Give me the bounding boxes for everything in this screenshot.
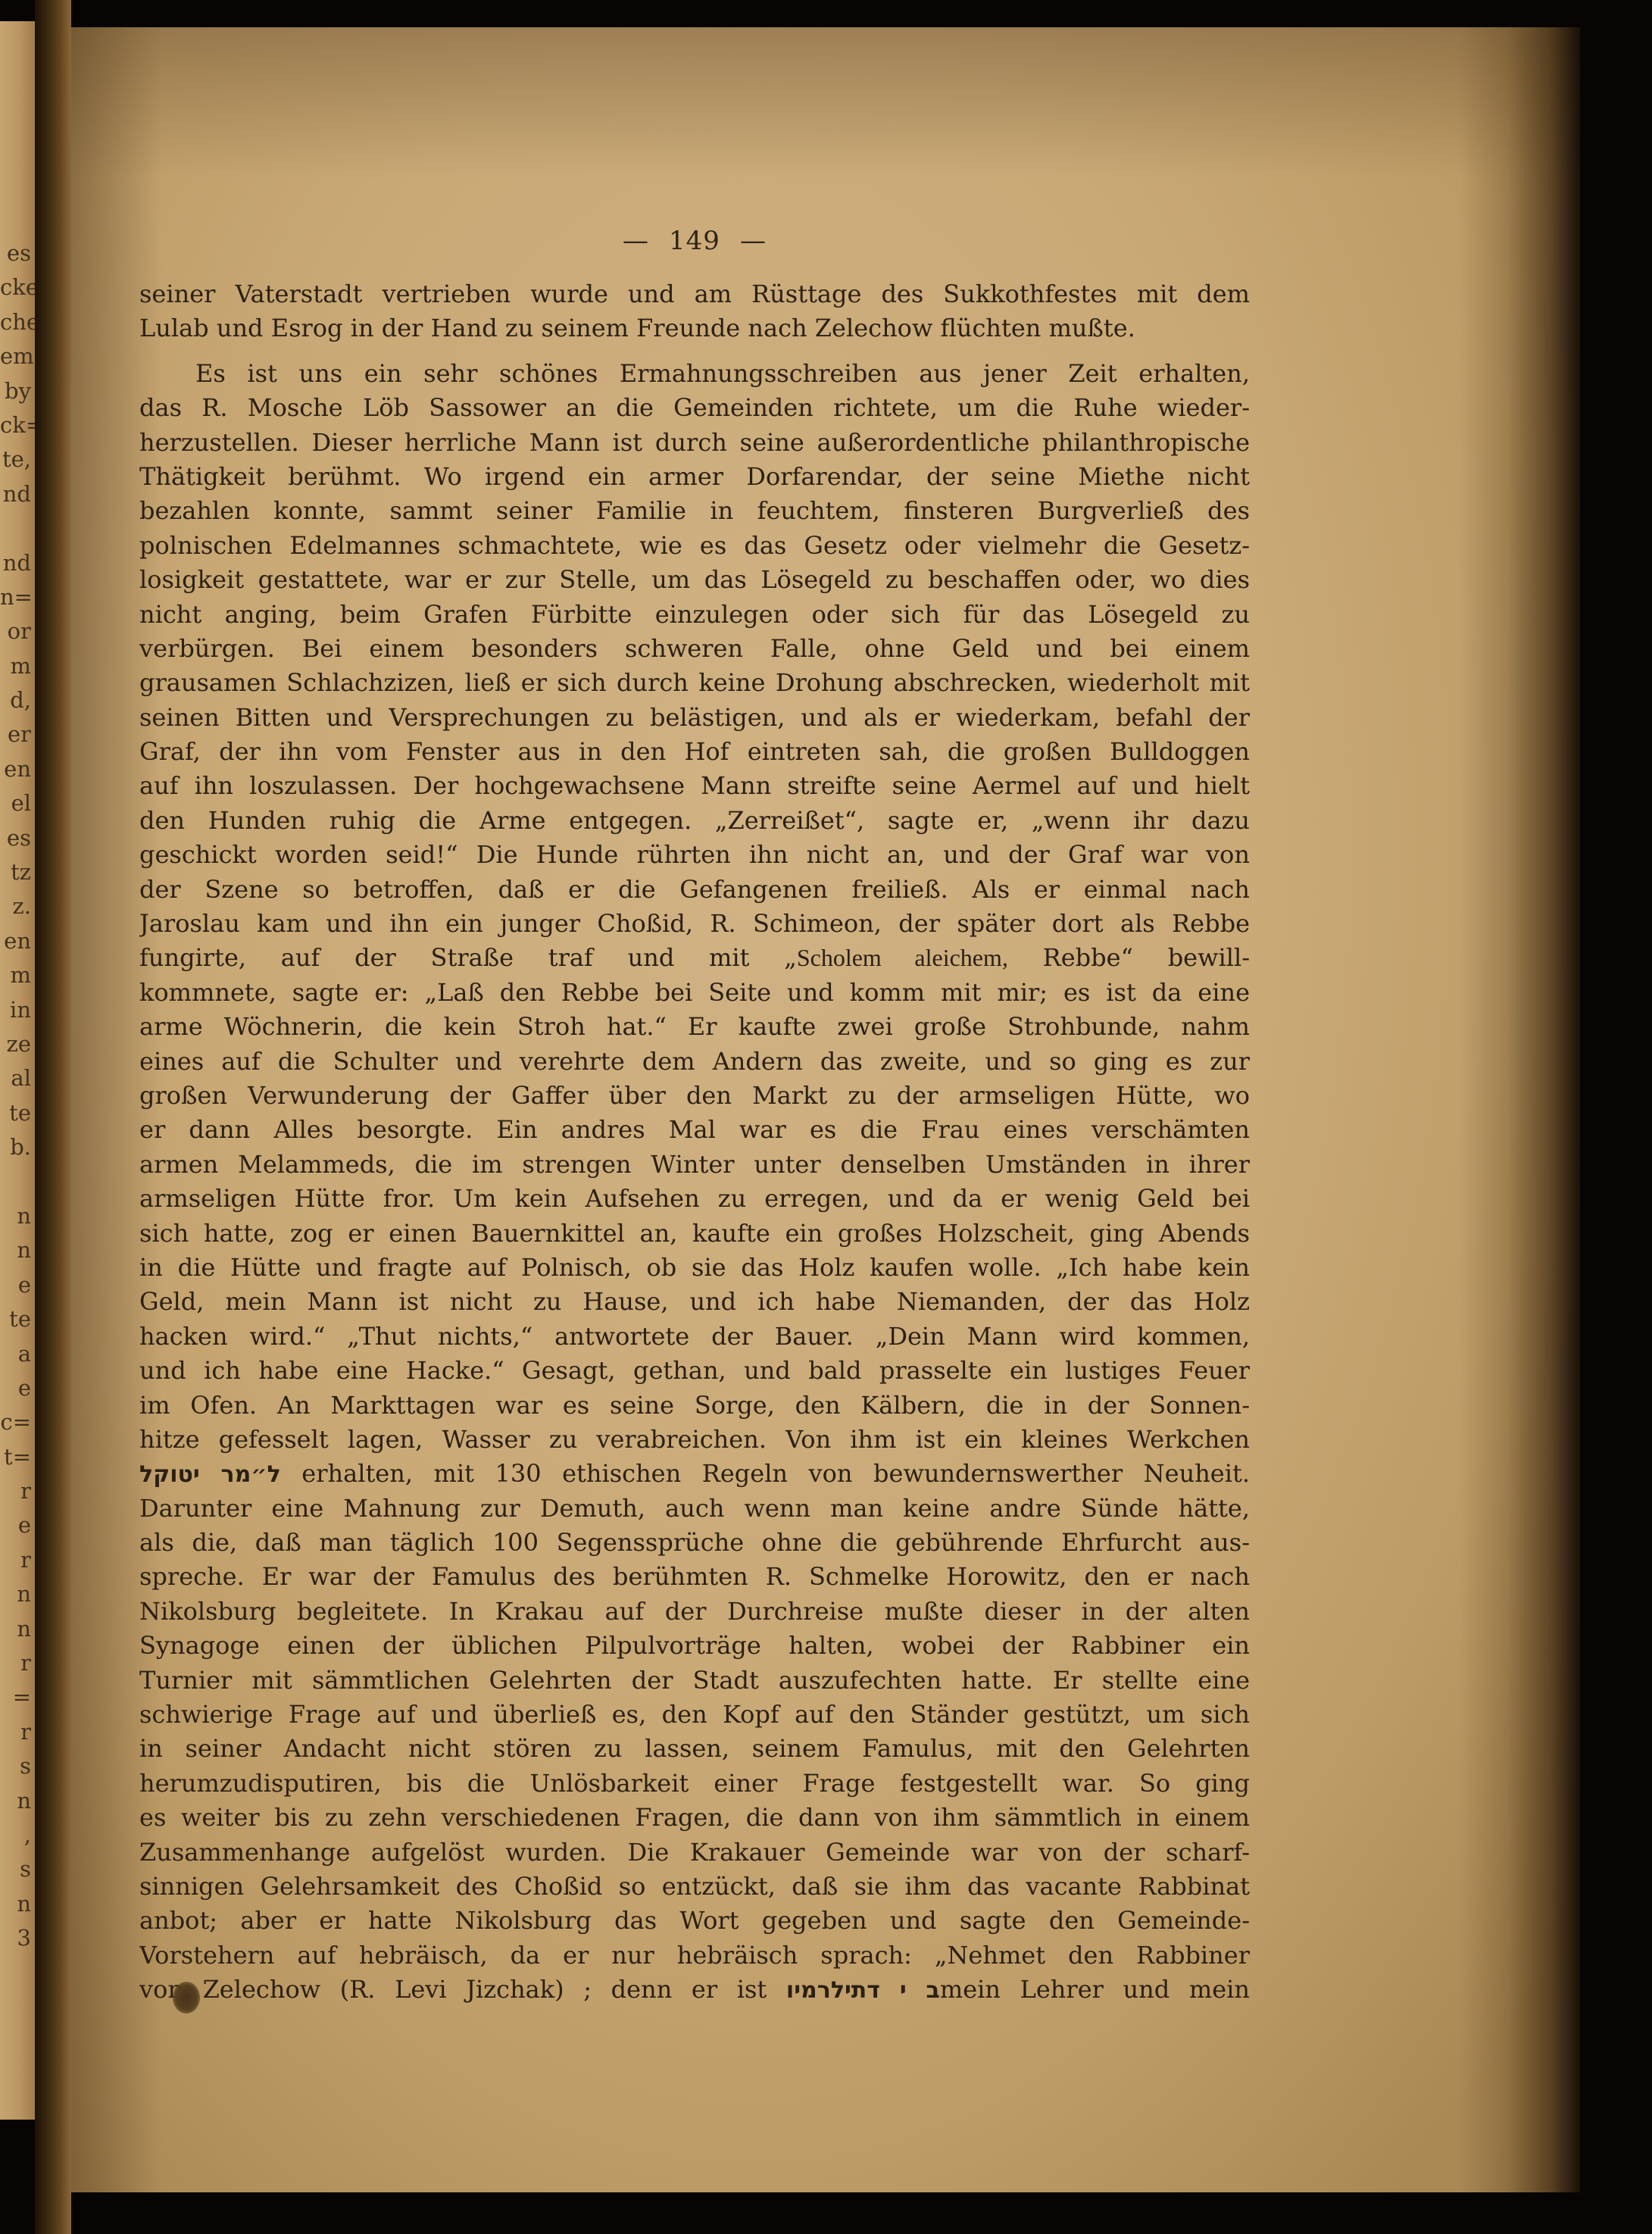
text-line: er dann Alles besorgte. Ein andres Mal w… bbox=[139, 1113, 1250, 1147]
left-page-fragment: al bbox=[0, 1061, 35, 1095]
text-segment: Rebbe“ bewill- bbox=[1008, 943, 1250, 972]
text-line: eines auf die Schulter und verehrte dem … bbox=[139, 1045, 1250, 1079]
text-segment: polnischen Edelmannes schmachtete, wie e… bbox=[139, 531, 1250, 560]
text-line: Thätigkeit berühmt. Wo irgend ein armer … bbox=[139, 460, 1250, 494]
left-page-fragment: es bbox=[0, 821, 35, 855]
left-page-fragment: r bbox=[0, 1543, 35, 1577]
text-line: bezahlen konnte, sammt seiner Familie in… bbox=[139, 494, 1250, 528]
text-segment: es weiter bis zu zehn verschiedenen Frag… bbox=[139, 1803, 1250, 1832]
left-page-fragment: tz bbox=[0, 855, 35, 889]
text-segment: spreche. Er war der Famulus des berühmte… bbox=[139, 1562, 1250, 1591]
left-page-fragment: s bbox=[0, 1852, 35, 1886]
text-line: Graf, der ihn vom Fenster aus in den Hof… bbox=[139, 735, 1250, 769]
text-segment: in die Hütte und fragte auf Polnisch, ob… bbox=[139, 1253, 1250, 1282]
left-page-fragment: e bbox=[0, 1508, 35, 1542]
book-gutter-shadow bbox=[35, 0, 71, 2234]
text-line: armseligen Hütte fror. Um kein Aufsehen … bbox=[139, 1182, 1250, 1216]
text-segment: armen Melammeds, die im strengen Winter … bbox=[139, 1150, 1250, 1179]
left-page-fragment: n bbox=[0, 1887, 35, 1921]
text-line: fungirte, auf der Straße traf und mit „S… bbox=[139, 941, 1250, 975]
text-segment: Geld, mein Mann ist nicht zu Hause, und … bbox=[139, 1287, 1250, 1316]
text-segment: Vorstehern auf hebräisch, da er nur hebr… bbox=[139, 1941, 1250, 1970]
left-page-fragment: che bbox=[0, 305, 35, 339]
text-segment: herzustellen. Dieser herrliche Mann ist … bbox=[139, 428, 1250, 457]
text-segment: das R. Mosche Löb Sassower an die Gemein… bbox=[139, 393, 1250, 422]
left-page-fragment: es bbox=[0, 236, 35, 270]
left-page-fragment: c= bbox=[0, 1405, 35, 1439]
page-fore-edge bbox=[1459, 27, 1580, 2192]
text-segment: Zusammenhange aufgelöst wurden. Die Krak… bbox=[139, 1838, 1250, 1867]
left-page-fragment: by bbox=[0, 374, 35, 408]
left-page-fragment: in bbox=[0, 993, 35, 1027]
text-line: seinen Bitten und Versprechungen zu belä… bbox=[139, 701, 1250, 735]
text-segment: eines auf die Schulter und verehrte dem … bbox=[139, 1047, 1250, 1076]
text-line: herzustellen. Dieser herrliche Mann ist … bbox=[139, 426, 1250, 460]
text-line: von Zelechow (R. Levi Jizchak) ; denn er… bbox=[139, 1973, 1250, 2007]
text-line: kommnete, sagte er: „Laß den Rebbe bei S… bbox=[139, 976, 1250, 1010]
left-page-fragment: z. bbox=[0, 889, 35, 923]
left-page-fragment: ze bbox=[0, 1027, 35, 1061]
left-page-fragment bbox=[0, 511, 35, 545]
text-line: herumzudisputiren, bis die Unlösbarkeit … bbox=[139, 1767, 1250, 1801]
text-line: spreche. Er war der Famulus des berühmte… bbox=[139, 1560, 1250, 1594]
text-segment: Synagoge einen der üblichen Pilpulvorträ… bbox=[139, 1631, 1250, 1660]
text-line: es weiter bis zu zehn verschiedenen Frag… bbox=[139, 1801, 1250, 1835]
text-segment: grausamen Schlachzizen, ließ er sich dur… bbox=[139, 668, 1250, 697]
left-page-fragment: te bbox=[0, 1302, 35, 1336]
left-page-fragment: s bbox=[0, 1749, 35, 1783]
text-line: Geld, mein Mann ist nicht zu Hause, und … bbox=[139, 1285, 1250, 1319]
text-segment: Es ist uns ein sehr schönes Ermahnungssc… bbox=[195, 359, 1250, 388]
text-line: anbot; aber er hatte Nikolsburg das Wort… bbox=[139, 1904, 1250, 1938]
text-segment: Graf, der ihn vom Fenster aus in den Hof… bbox=[139, 737, 1250, 766]
text-segment: hitze gefesselt lagen, Wasser zu verabre… bbox=[139, 1425, 1250, 1454]
left-page-fragment: b. bbox=[0, 1130, 35, 1164]
page-number-dash-right: — bbox=[740, 226, 767, 256]
text-segment: schwierige Frage auf und überließ es, de… bbox=[139, 1700, 1250, 1729]
page-number-dash-left: — bbox=[623, 226, 649, 256]
text-line: nicht anging, beim Grafen Fürbitte einzu… bbox=[139, 598, 1250, 632]
left-page-fragment: en bbox=[0, 924, 35, 958]
ink-blot bbox=[173, 1982, 200, 2014]
left-page-fragment: r bbox=[0, 1646, 35, 1680]
text-segment: Darunter eine Mahnung zur Demuth, auch w… bbox=[139, 1494, 1250, 1523]
text-segment: in seiner Andacht nicht stören zu lassen… bbox=[139, 1734, 1250, 1763]
text-line: der Szene so betroffen, daß er die Gefan… bbox=[139, 873, 1250, 907]
left-page-fragment: el bbox=[0, 786, 35, 820]
text-line: als die, daß man täglich 100 Segenssprüc… bbox=[139, 1526, 1250, 1560]
text-segment: herumzudisputiren, bis die Unlösbarkeit … bbox=[139, 1769, 1250, 1798]
text-line: Vorstehern auf hebräisch, da er nur hebr… bbox=[139, 1939, 1250, 1973]
text-segment: kommnete, sagte er: „Laß den Rebbe bei S… bbox=[139, 978, 1250, 1007]
text-segment: nicht anging, beim Grafen Fürbitte einzu… bbox=[139, 600, 1250, 629]
left-page-fragment: nd bbox=[0, 546, 35, 580]
text-line: hacken wird.“ „Thut nichts,“ antwortete … bbox=[139, 1320, 1250, 1354]
text-segment: Thätigkeit berühmt. Wo irgend ein armer … bbox=[139, 462, 1250, 491]
left-page-fragment: cke bbox=[0, 270, 35, 305]
text-line: sinnigen Gelehrsamkeit des Choßid so ent… bbox=[139, 1870, 1250, 1904]
left-page-fragment: m bbox=[0, 649, 35, 683]
text-segment: Nikolsburg begleitete. In Krakau auf der… bbox=[139, 1597, 1250, 1626]
heb-segment: וימרליתד י ב bbox=[786, 1977, 940, 2004]
text-segment: geschickt worden seid!“ Die Hunde rührte… bbox=[139, 840, 1250, 869]
text-line: den Hunden ruhig die Arme entgegen. „Zer… bbox=[139, 804, 1250, 838]
text-segment: von Zelechow (R. Levi Jizchak) ; denn er… bbox=[139, 1975, 786, 2004]
page-number: —149— bbox=[139, 226, 1250, 256]
left-page-fragment: e bbox=[0, 1371, 35, 1405]
page-number-value: 149 bbox=[669, 226, 720, 256]
text-line: in seiner Andacht nicht stören zu lassen… bbox=[139, 1732, 1250, 1766]
left-page-fragment: n= bbox=[0, 580, 35, 614]
left-page-fragment: r bbox=[0, 1474, 35, 1508]
text-line: grausamen Schlachzizen, ließ er sich dur… bbox=[139, 666, 1250, 700]
text-segment: anbot; aber er hatte Nikolsburg das Wort… bbox=[139, 1906, 1250, 1935]
text-segment: losigkeit gestattete, war er zur Stelle,… bbox=[139, 565, 1250, 594]
left-page-fragment: n bbox=[0, 1199, 35, 1233]
text-segment: sich hatte, zog er einen Bauernkittel an… bbox=[139, 1219, 1250, 1248]
left-page-fragment: r bbox=[0, 1715, 35, 1749]
book-page: —149— seiner Vaterstadt vertrieben wurde… bbox=[71, 27, 1580, 2192]
text-segment: im Ofen. An Markttagen war es seine Sorg… bbox=[139, 1391, 1250, 1420]
text-line: sich hatte, zog er einen Bauernkittel an… bbox=[139, 1217, 1250, 1251]
left-page-fragment: nd bbox=[0, 477, 35, 511]
text-line: Lulab und Esrog in der Hand zu seinem Fr… bbox=[139, 311, 1250, 345]
text-segment: der Szene so betroffen, daß er die Gefan… bbox=[139, 875, 1250, 904]
text-segment: hacken wird.“ „Thut nichts,“ antwortete … bbox=[139, 1322, 1250, 1351]
left-page-fragment: or bbox=[0, 614, 35, 648]
text-line: in die Hütte und fragte auf Polnisch, ob… bbox=[139, 1251, 1250, 1285]
text-segment: fungirte, auf der Straße traf und mit „ bbox=[139, 943, 797, 972]
text-segment: Jaroslau kam und ihn ein junger Choßid, … bbox=[139, 909, 1250, 938]
text-segment: den Hunden ruhig die Arme entgegen. „Zer… bbox=[139, 806, 1250, 835]
text-segment: seinen Bitten und Versprechungen zu belä… bbox=[139, 703, 1250, 732]
paragraph: Es ist uns ein sehr schönes Ermahnungssc… bbox=[139, 357, 1250, 2007]
text-line: Synagoge einen der üblichen Pilpulvorträ… bbox=[139, 1629, 1250, 1663]
text-line: verbürgen. Bei einem besonders schweren … bbox=[139, 632, 1250, 666]
text-segment: erhalten, mit 130 ethischen Regeln von b… bbox=[281, 1459, 1250, 1488]
text-line: seiner Vaterstadt vertrieben wurde und a… bbox=[139, 277, 1250, 311]
text-line: im Ofen. An Markttagen war es seine Sorg… bbox=[139, 1389, 1250, 1423]
facing-page-edge: esckecheembyck=te,ndndn=ormd,erenelestzz… bbox=[0, 21, 35, 2120]
text-line: schwierige Frage auf und überließ es, de… bbox=[139, 1698, 1250, 1732]
left-page-fragment: er bbox=[0, 717, 35, 751]
left-page-fragment: n bbox=[0, 1784, 35, 1818]
text-line: arme Wöchnerin, die kein Stroh hat.“ Er … bbox=[139, 1010, 1250, 1044]
antiqua-segment: Scholem aleichem, bbox=[797, 944, 1008, 971]
left-page-fragment: n bbox=[0, 1233, 35, 1267]
left-page-fragment: m bbox=[0, 958, 35, 992]
left-page-fragment: te bbox=[0, 1096, 35, 1130]
text-segment: armseligen Hütte fror. Um kein Aufsehen … bbox=[139, 1184, 1250, 1213]
text-segment: er dann Alles besorgte. Ein andres Mal w… bbox=[139, 1115, 1250, 1144]
text-line: Jaroslau kam und ihn ein junger Choßid, … bbox=[139, 907, 1250, 941]
left-page-fragment: 3 bbox=[0, 1921, 35, 1955]
left-page-fragment: e bbox=[0, 1268, 35, 1302]
left-page-fragment: d, bbox=[0, 683, 35, 717]
text-segment: seiner Vaterstadt vertrieben wurde und a… bbox=[139, 280, 1250, 308]
left-page-fragment: t= bbox=[0, 1440, 35, 1474]
text-line: Nikolsburg begleitete. In Krakau auf der… bbox=[139, 1595, 1250, 1629]
text-line: auf ihn loszulassen. Der hochgewachsene … bbox=[139, 769, 1250, 803]
book-photo: esckecheembyck=te,ndndn=ormd,erenelestzz… bbox=[0, 0, 1652, 2234]
text-line: polnischen Edelmannes schmachtete, wie e… bbox=[139, 529, 1250, 563]
text-segment: arme Wöchnerin, die kein Stroh hat.“ Er … bbox=[139, 1012, 1250, 1041]
text-line: armen Melammeds, die im strengen Winter … bbox=[139, 1148, 1250, 1182]
text-line: Es ist uns ein sehr schönes Ermahnungssc… bbox=[139, 357, 1250, 391]
left-page-fragment: en bbox=[0, 752, 35, 786]
text-segment: und ich habe eine Hacke.“ Gesagt, gethan… bbox=[139, 1356, 1250, 1385]
text-segment: mein Lehrer und mein bbox=[940, 1975, 1250, 2004]
text-segment: verbürgen. Bei einem besonders schweren … bbox=[139, 634, 1250, 663]
text-segment: großen Verwunderung der Gaffer über den … bbox=[139, 1081, 1250, 1110]
left-page-fragment: te, bbox=[0, 442, 35, 476]
text-segment: auf ihn loszulassen. Der hochgewachsene … bbox=[139, 771, 1250, 800]
text-line: לקוטי רמ״ל erhalten, mit 130 ethischen R… bbox=[139, 1457, 1250, 1491]
text-line: Darunter eine Mahnung zur Demuth, auch w… bbox=[139, 1492, 1250, 1526]
text-line: losigkeit gestattete, war er zur Stelle,… bbox=[139, 563, 1250, 597]
text-segment: Lulab und Esrog in der Hand zu seinem Fr… bbox=[139, 314, 1135, 342]
left-page-fragment: = bbox=[0, 1680, 35, 1714]
left-page-fragment: n bbox=[0, 1612, 35, 1646]
text-segment: Turnier mit sämmtlichen Gelehrten der St… bbox=[139, 1666, 1250, 1695]
left-page-fragment: ck= bbox=[0, 408, 35, 442]
facing-page-fragments: esckecheembyck=te,ndndn=ormd,erenelestzz… bbox=[0, 21, 35, 1956]
text-line: großen Verwunderung der Gaffer über den … bbox=[139, 1079, 1250, 1113]
text-line: Turnier mit sämmtlichen Gelehrten der St… bbox=[139, 1664, 1250, 1698]
left-page-fragment: a bbox=[0, 1337, 35, 1371]
text-segment: als die, daß man täglich 100 Segenssprüc… bbox=[139, 1528, 1250, 1557]
left-page-fragment: , bbox=[0, 1818, 35, 1852]
heb-segment: לקוטי רמ״ל bbox=[139, 1461, 281, 1488]
text-line: geschickt worden seid!“ Die Hunde rührte… bbox=[139, 838, 1250, 872]
text-line: hitze gefesselt lagen, Wasser zu verabre… bbox=[139, 1423, 1250, 1457]
body-text: seiner Vaterstadt vertrieben wurde und a… bbox=[139, 277, 1250, 2007]
left-page-fragment: em bbox=[0, 339, 35, 373]
text-segment: bezahlen konnte, sammt seiner Familie in… bbox=[139, 496, 1250, 525]
left-page-fragment bbox=[0, 1165, 35, 1199]
text-line: Zusammenhange aufgelöst wurden. Die Krak… bbox=[139, 1836, 1250, 1870]
text-segment: sinnigen Gelehrsamkeit des Choßid so ent… bbox=[139, 1872, 1250, 1901]
text-line: und ich habe eine Hacke.“ Gesagt, gethan… bbox=[139, 1354, 1250, 1388]
left-page-fragment: n bbox=[0, 1577, 35, 1611]
text-line: das R. Mosche Löb Sassower an die Gemein… bbox=[139, 391, 1250, 425]
paragraph: seiner Vaterstadt vertrieben wurde und a… bbox=[139, 277, 1250, 346]
